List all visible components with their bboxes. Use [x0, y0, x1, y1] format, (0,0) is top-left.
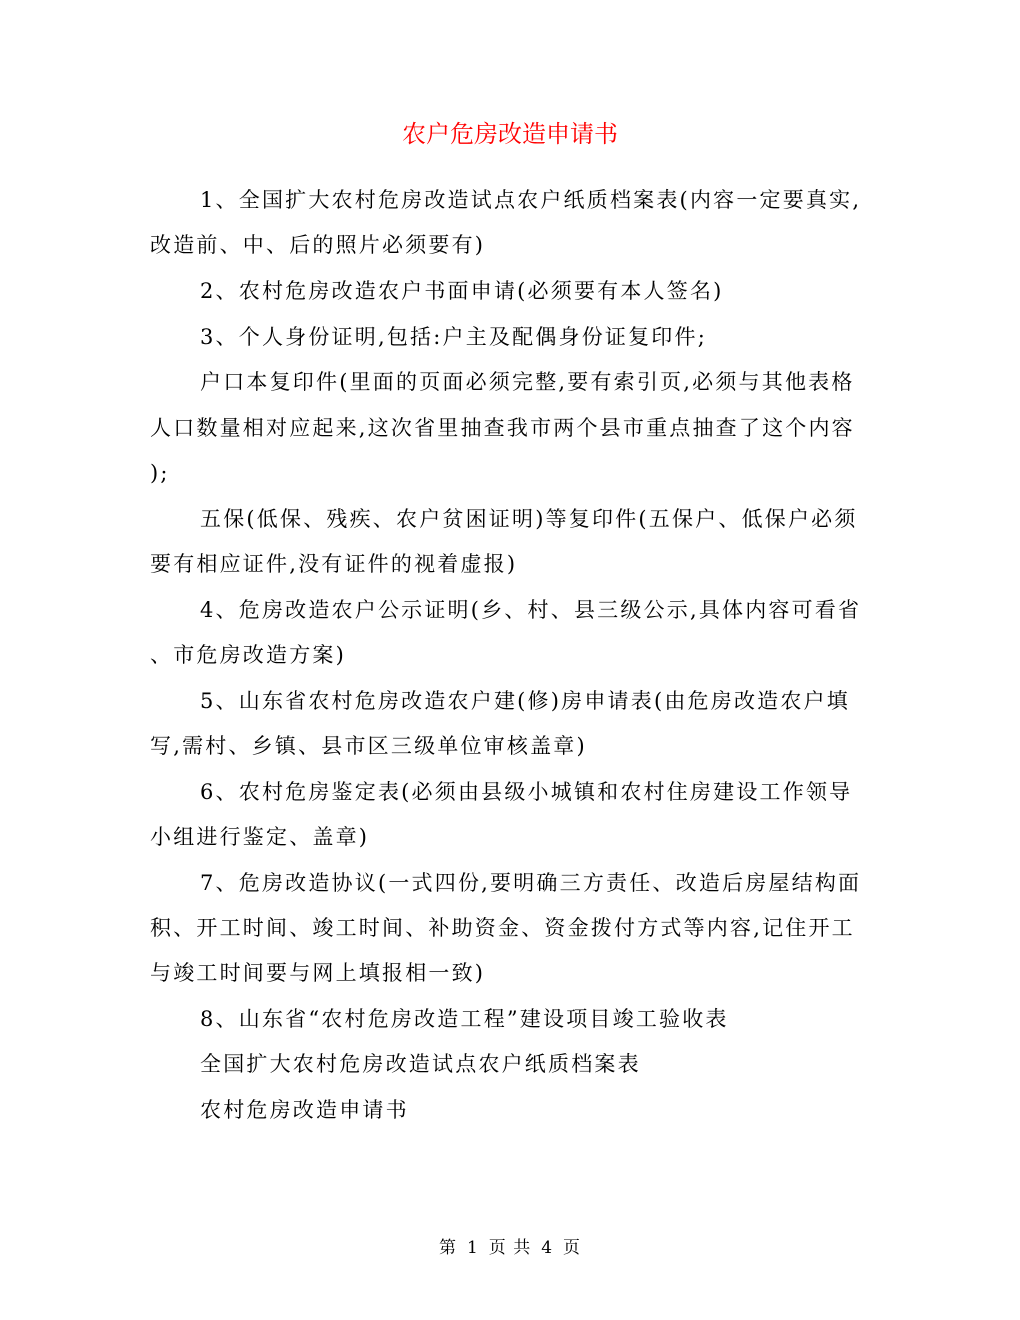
paragraph-line: 积、开工时间、竣工时间、补助资金、资金拨付方式等内容,记住开工	[150, 914, 855, 942]
paragraph-line: 五保(低保、残疾、农户贫困证明)等复印件(五保户、低保户必须	[200, 505, 858, 533]
page-label-prefix: 第	[439, 1238, 457, 1258]
paragraph-line: 改造前、中、后的照片必须要有)	[150, 231, 485, 259]
paragraph-line: );	[150, 459, 170, 487]
paragraph-line: 2、农村危房改造农户书面申请(必须要有本人签名)	[200, 277, 724, 305]
document-title: 农户危房改造申请书	[0, 118, 1020, 150]
paragraph-line: 与竣工时间要与网上填报相一致)	[150, 959, 485, 987]
total-pages-number: 4	[541, 1238, 553, 1258]
paragraph-line: 6、农村危房鉴定表(必须由县级小城镇和农村住房建设工作领导	[200, 778, 852, 806]
document-page: 农户危房改造申请书 1、全国扩大农村危房改造试点农户纸质档案表(内容一定要真实,…	[0, 0, 1020, 1320]
paragraph-line: 8、山东省“农村危房改造工程”建设项目竣工验收表	[200, 1005, 729, 1033]
paragraph-line: 、市危房改造方案)	[150, 641, 346, 669]
page-label-suffix: 页	[563, 1238, 581, 1258]
current-page-number: 1	[467, 1238, 479, 1258]
paragraph-line: 小组进行鉴定、盖章)	[150, 823, 369, 851]
paragraph-line: 7、危房改造协议(一式四份,要明确三方责任、改造后房屋结构面	[200, 869, 861, 897]
paragraph-line: 5、山东省农村危房改造农户建(修)房申请表(由危房改造农户填	[200, 687, 850, 715]
paragraph-line: 人口数量相对应起来,这次省里抽查我市两个县市重点抽查了这个内容	[150, 414, 855, 442]
paragraph-line: 1、全国扩大农村危房改造试点农户纸质档案表(内容一定要真实,	[200, 186, 861, 214]
paragraph-line: 农村危房改造申请书	[200, 1096, 409, 1124]
page-label-mid: 页 共	[489, 1238, 531, 1258]
paragraph-line: 要有相应证件,没有证件的视着虚报)	[150, 550, 517, 578]
paragraph-line: 写,需村、乡镇、县市区三级单位审核盖章)	[150, 732, 587, 760]
page-footer: 第1页 共4页	[0, 1236, 1020, 1260]
paragraph-line: 户口本复印件(里面的页面必须完整,要有索引页,必须与其他表格	[200, 368, 855, 396]
paragraph-line: 全国扩大农村危房改造试点农户纸质档案表	[200, 1050, 641, 1078]
paragraph-line: 3、个人身份证明,包括:户主及配偶身份证复印件;	[200, 323, 707, 351]
paragraph-line: 4、危房改造农户公示证明(乡、村、县三级公示,具体内容可看省	[200, 596, 861, 624]
